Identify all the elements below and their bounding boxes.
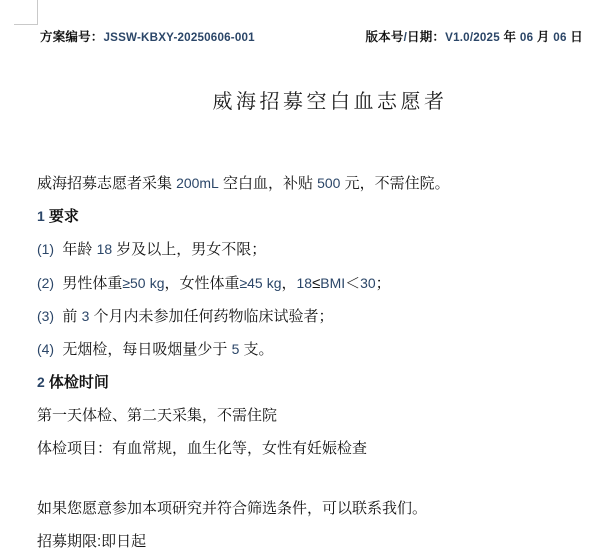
page-margin-corner-mark-horizontal (14, 24, 38, 25)
section-1-heading: 1 要求 (37, 207, 588, 226)
protocol-number: 方案编号：JSSW-KBXY-20250606-001 (40, 27, 255, 45)
section-2-heading: 2 体检时间 (37, 373, 588, 392)
exam-items-line: 体检项目：有血常规，血生化等，女性有妊娠检查 (37, 439, 588, 458)
page-margin-corner-mark-vertical (37, 0, 38, 24)
deadline-line: 招募期限:即日起 (37, 532, 588, 551)
version-date: 版本号/日期：V1.0/2025 年 06 月 06 日 (365, 27, 583, 45)
contact-line: 如果您愿意参加本项研究并符合筛选条件，可以联系我们。 (37, 499, 588, 518)
intro-line: 威海招募志愿者采集 200mL 空白血，补贴 500 元，不需住院。 (37, 174, 588, 193)
document-page: 方案编号：JSSW-KBXY-20250606-001 版本号/日期：V1.0/… (0, 0, 600, 559)
document-title: 威海招募空白血志愿者 (30, 85, 600, 114)
requirement-4: (4) 无烟检，每日吸烟量少于 5 支。 (37, 340, 588, 359)
requirement-3: (3) 前 3 个月内未参加任何药物临床试验者； (37, 307, 588, 326)
schedule-line: 第一天体检、第二天采集，不需住院 (37, 406, 588, 425)
requirement-1: (1) 年龄 18 岁及以上，男女不限； (37, 240, 588, 259)
requirement-2: (2) 男性体重≥50 kg，女性体重≥45 kg，18≤BMI＜30； (37, 274, 588, 293)
